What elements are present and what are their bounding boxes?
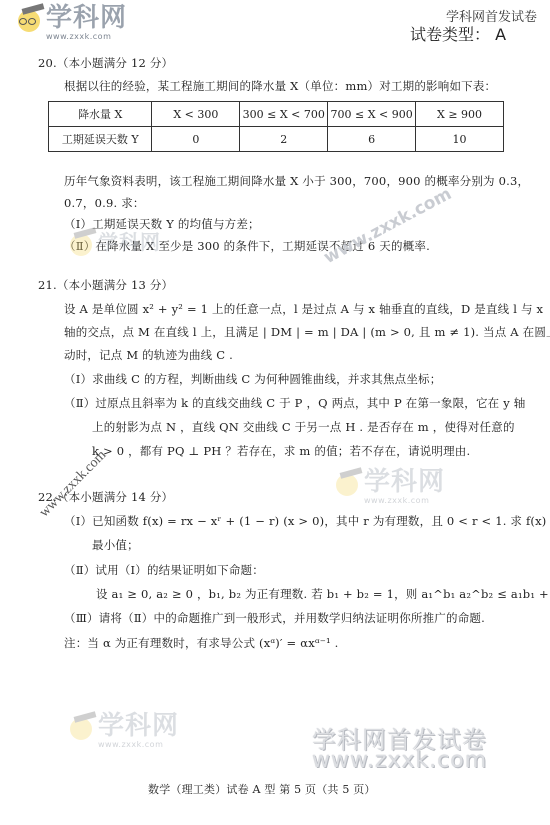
mascot-icon [70,718,92,740]
q22-part2b: 设 a₁ ≥ 0, a₂ ≥ 0 ，b₁, b₂ 为正有理数. 若 b₁ + b… [96,587,550,601]
mascot-icon [18,10,40,32]
q21-part2c: k > 0 ，都有 PQ ⊥ PH ？若存在，求 m 的值；若不存在，请说明理由… [92,444,470,458]
mascot-icon [70,234,92,256]
watermark-logo-text: 学科网 [98,712,179,740]
table-cell: 2 [240,127,328,152]
q22-title: 22.（本小题满分 14 分） [38,490,173,504]
logo-text: 学科网 [46,4,127,32]
watermark-url: www.zxxk.com [312,748,487,773]
q20-text2: 0.7，0.9. 求： [64,196,145,210]
site-logo: 学科网 www.zxxk.com [18,4,127,41]
mascot-icon [336,474,358,496]
q22-note: 注：当 α 为正有理数时，有求导公式 (xᵅ)′ = αxᵅ⁻¹ . [64,636,339,650]
watermark-logo-text: 学科网 [98,228,161,256]
q21-line3: 动时，记点 M 的轨迹为曲线 C . [64,348,233,362]
q21-line1: 设 A 是单位圆 x² + y² = 1 上的任意一点，l 是过点 A 与 x … [64,302,543,316]
table-cell: 300 ≤ X < 700 [240,102,328,127]
table-row: 降水量 X X < 300 300 ≤ X < 700 700 ≤ X < 90… [49,102,504,127]
table-cell: 0 [152,127,240,152]
table-cell: X < 300 [152,102,240,127]
q20-table: 降水量 X X < 300 300 ≤ X < 700 700 ≤ X < 90… [48,101,504,152]
diagonal-watermark: www.zxxk.com [321,184,455,268]
table-cell: 700 ≤ X < 900 [328,102,416,127]
watermark-logo-text: 学科网 [364,468,445,496]
q21-title: 21.（本小题满分 13 分） [38,278,173,292]
table-cell: 6 [328,127,416,152]
table-cell: 降水量 X [49,102,152,127]
q22-part1a: （Ⅰ）已知函数 f(x) = rx − xʳ + (1 − r) (x > 0)… [64,514,550,528]
diagonal-watermark: www.zxxk.com [37,448,110,521]
q21-part2b: 上的射影为点 N ，直线 QN 交曲线 C 于另一点 H . 是否存在 m ，使… [92,420,515,434]
table-cell: X ≥ 900 [416,102,504,127]
q20-title: 20.（本小题满分 12 分） [38,56,173,70]
table-cell: 10 [416,127,504,152]
q22-part3: （Ⅲ）请将（Ⅱ）中的命题推广到一般形式，并用数学归纳法证明你所推广的命题. [64,611,485,625]
q21-line2: 轴的交点，点 M 在直线 l 上，且满足 | DM | = m | DA | (… [64,325,550,339]
q21-part1: （Ⅰ）求曲线 C 的方程，判断曲线 C 为何种圆锥曲线，并求其焦点坐标； [64,372,441,386]
watermark-logo: 学科网 www.zxxk.com [70,712,179,749]
q22-part1b: 最小值； [92,538,139,552]
q21-part2a: （Ⅱ）过原点且斜率为 k 的直线交曲线 C 于 P ，Q 两点，其中 P 在第一… [64,396,526,410]
watermark-logo: 学科网 [70,228,161,256]
table-cell: 工期延误天数 Y [49,127,152,152]
watermark-logo-url: www.zxxk.com [364,496,445,505]
table-row: 工期延误天数 Y 0 2 6 10 [49,127,504,152]
q22-part2: （Ⅱ）试用（Ⅰ）的结果证明如下命题： [64,563,264,577]
page-footer: 数学（理工类）试卷 A 型 第 5 页（共 5 页） [148,783,376,797]
q20-text1: 历年气象资料表明，该工程施工期间降水量 X 小于 300，700，900 的概率… [64,174,529,188]
q20-intro: 根据以往的经验，某工程施工期间的降水量 X（单位：mm）对工期的影响如下表： [64,79,496,93]
paper-type: 试卷类型： A [410,22,506,45]
logo-url: www.zxxk.com [46,32,127,41]
watermark-logo: 学科网 www.zxxk.com [336,468,445,505]
watermark-logo-url: www.zxxk.com [98,740,179,749]
